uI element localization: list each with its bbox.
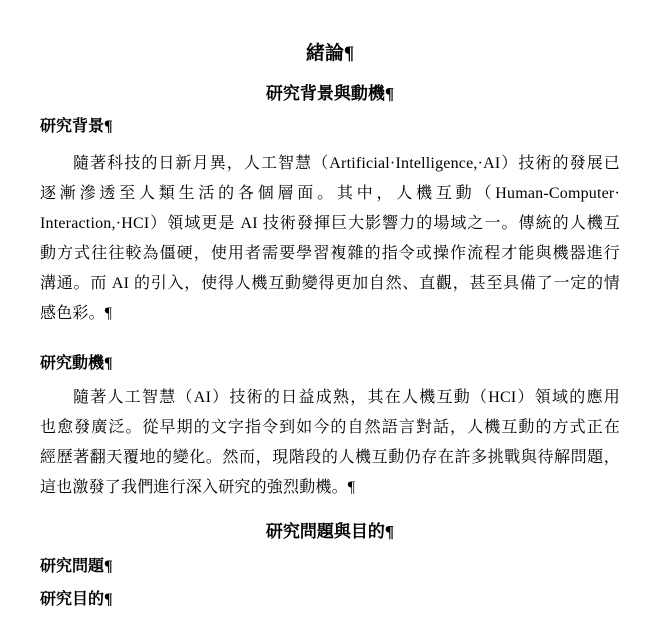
subsection-heading-research-questions: 研究問題¶ — [40, 558, 620, 575]
subsection-heading-research-motivation: 研究動機¶ — [40, 355, 620, 372]
chapter-title: 緒論¶ — [40, 0, 620, 64]
text-line: Interaction,·HCI）領域更是 AI 技術發揮巨大影響力的場域之一。… — [40, 209, 620, 239]
paragraph-research-background: 隨著科技的日新月異，人工智慧（Artificial·Intelligence,·… — [40, 149, 620, 329]
text-line: 動方式往往較為僵硬，使用者需要學習複雜的指令或操作流程才能與機器進行 — [40, 239, 620, 269]
text-line: 溝通。而 AI 的引入，使得人機互動變得更加自然、直觀，甚至具備了一定的情 — [40, 269, 620, 299]
text-line: 感色彩。¶ — [40, 299, 620, 329]
text-line: 隨著人工智慧（AI）技術的日益成熟，其在人機互動（HCI）領域的應用 — [40, 383, 620, 413]
paragraph-research-motivation: 隨著人工智慧（AI）技術的日益成熟，其在人機互動（HCI）領域的應用 也愈發廣泛… — [40, 383, 620, 503]
text-line: 也愈發廣泛。從早期的文字指令到如今的自然語言對話，人機互動的方式正在 — [40, 413, 620, 443]
text-line: 逐漸滲透至人類生活的各個層面。其中，人機互動（Human-Computer· — [40, 179, 620, 209]
text-line: 經歷著翻天覆地的變化。然而，現階段的人機互動仍存在許多挑戰與待解問題， — [40, 443, 620, 473]
section-title-questions-purpose: 研究問題與目的¶ — [40, 523, 620, 541]
section-title-background-motivation: 研究背景與動機¶ — [40, 85, 620, 103]
subsection-heading-research-background: 研究背景¶ — [40, 118, 620, 135]
subsection-heading-research-purpose: 研究目的¶ — [40, 591, 620, 608]
document-page: 緒論¶ 研究背景與動機¶ 研究背景¶ 隨著科技的日新月異，人工智慧（Artifi… — [0, 0, 664, 622]
text-line: 這也激發了我們進行深入研究的強烈動機。¶ — [40, 473, 620, 503]
text-line: 隨著科技的日新月異，人工智慧（Artificial·Intelligence,·… — [40, 149, 620, 179]
